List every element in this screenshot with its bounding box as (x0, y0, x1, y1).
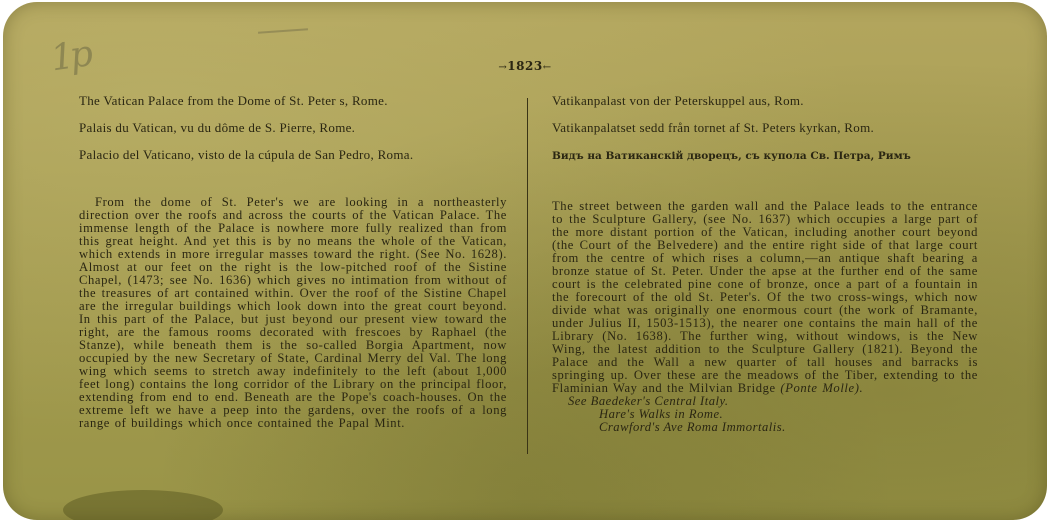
description-paragraph-right: The street between the garden wall and t… (552, 200, 978, 395)
description-italic-tail: (Ponte Molle). (780, 381, 863, 395)
references-list: See Baedeker's Central Italy. Hare's Wal… (568, 395, 978, 434)
title-german: Vatikanpalast von der Peterskuppel aus, … (552, 94, 978, 121)
title-french: Palais du Vatican, vu du dôme de S. Pier… (79, 121, 507, 148)
card-number: →1823← (3, 59, 1047, 73)
card-number-value: 1823 (507, 59, 542, 73)
column-divider (527, 98, 528, 454)
stereoview-card-back: 1p →1823← The Vatican Palace from the Do… (3, 2, 1047, 520)
left-column: The Vatican Palace from the Dome of St. … (79, 94, 507, 430)
pencil-stroke (258, 28, 308, 33)
title-swedish: Vatikanpalatset sedd från tornet af St. … (552, 121, 978, 148)
description-paragraph-left: From the dome of St. Peter's we are look… (79, 196, 507, 430)
title-english: The Vatican Palace from the Dome of St. … (79, 94, 507, 121)
ornament-right-icon: ← (543, 62, 552, 73)
title-russian: Видъ на Ватиканскій дворецъ, съ купола С… (552, 148, 978, 176)
description-paragraph-right-text: The street between the garden wall and t… (552, 199, 978, 395)
reference-item: Crawford's Ave Roma Immortalis. (568, 421, 978, 434)
stain-mark (63, 490, 223, 520)
right-column: Vatikanpalast von der Peterskuppel aus, … (552, 94, 978, 434)
title-spanish: Palacio del Vaticano, visto de la cúpula… (79, 148, 507, 175)
ornament-left-icon: → (498, 62, 507, 73)
